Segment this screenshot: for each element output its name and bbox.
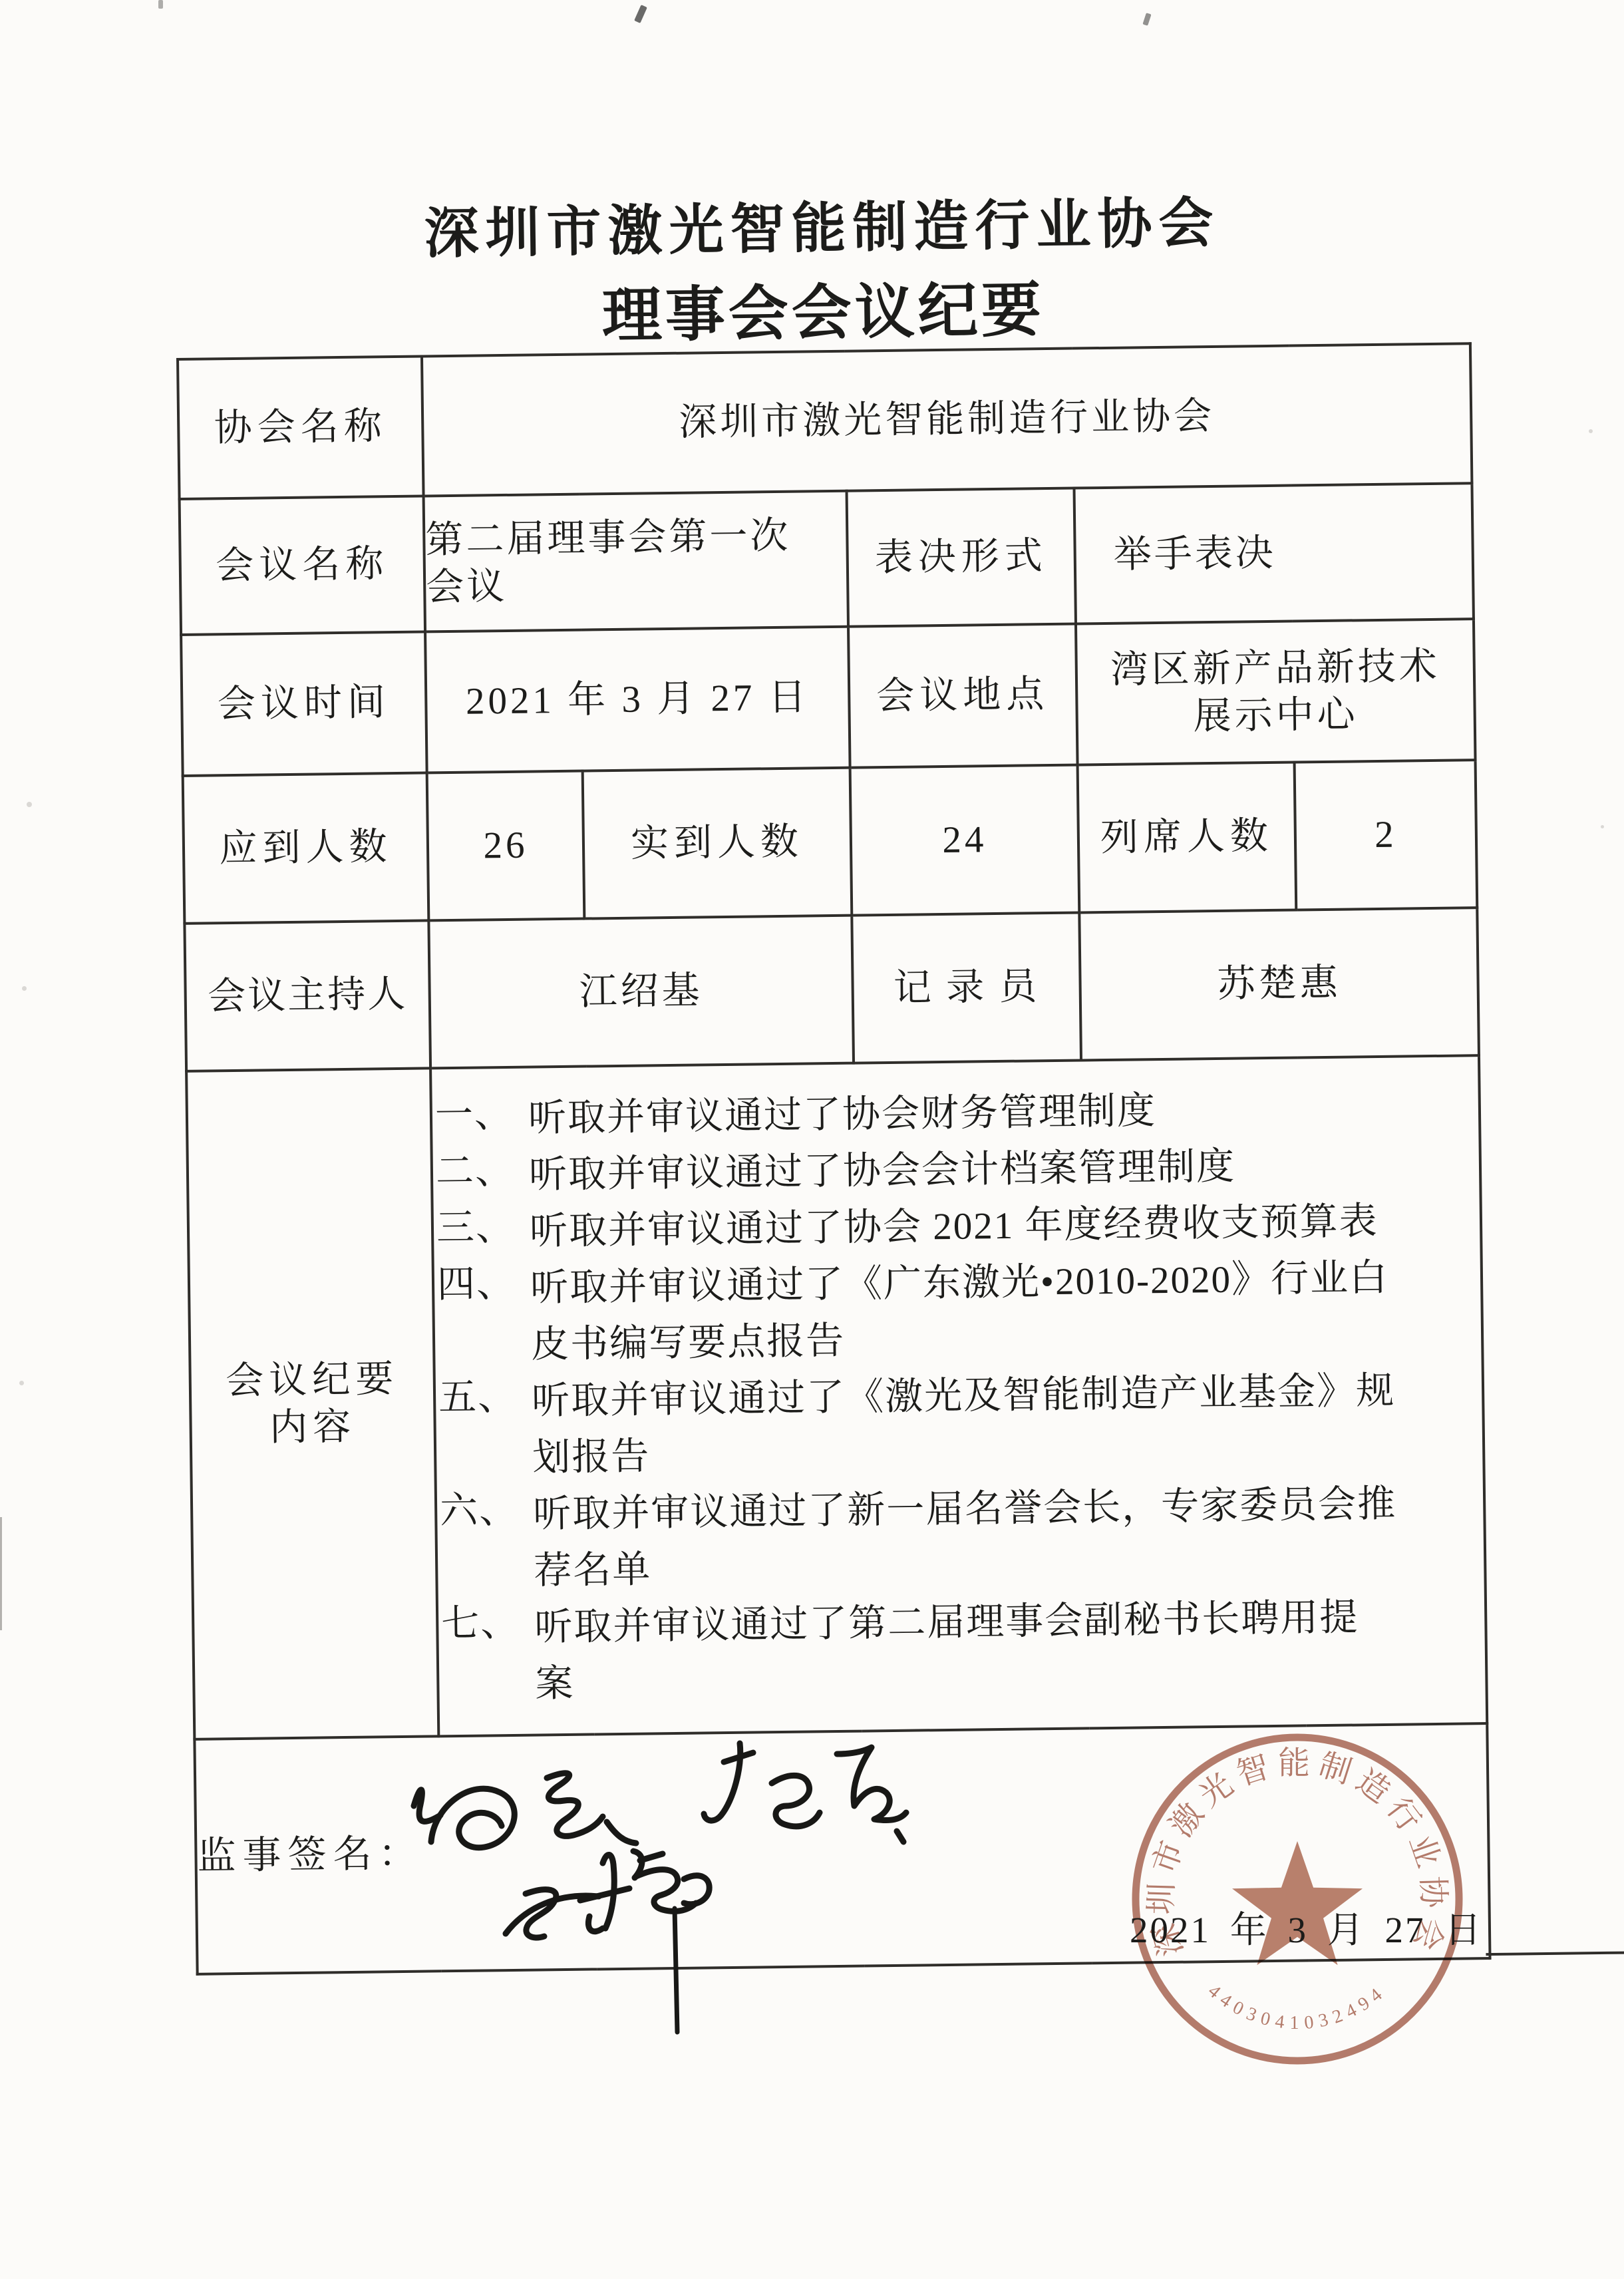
item-number: 二、 <box>436 1146 515 1195</box>
item-number: 四、 <box>437 1260 516 1308</box>
item-number: 三、 <box>436 1203 516 1252</box>
signature-2 <box>704 1743 906 1842</box>
association-name-label: 协会名称 <box>178 356 424 498</box>
meeting-name-label: 会议名称 <box>180 496 425 634</box>
expected-attendees-value: 26 <box>427 771 585 921</box>
scan-dot <box>19 1381 24 1385</box>
scan-dot <box>1601 825 1604 828</box>
observer-attendees-value: 2 <box>1295 760 1478 910</box>
actual-attendees-value: 24 <box>850 765 1080 915</box>
stamp-date-text: 2021 年 3 月 27 日 <box>1130 1900 1476 1953</box>
table-bottom-border-extension <box>1486 1951 1624 1956</box>
meeting-name-line1: 第二届理事会第一次 <box>425 511 846 564</box>
row-host-recorder: 会议主持人 江绍基 记 录 员 苏楚惠 <box>184 908 1479 1071</box>
expected-attendees-label: 应到人数 <box>183 773 429 923</box>
seal-serial-number: 4403041032494 <box>1204 1981 1391 2033</box>
scan-speck <box>158 0 163 9</box>
handwritten-signatures <box>373 1717 931 2063</box>
actual-attendees-label: 实到人数 <box>583 768 852 919</box>
minutes-item-5: 五、 听取并审议通过了《激光及智能制造产业基金》规 划报告 <box>436 1361 1483 1487</box>
meeting-place-label: 会议地点 <box>848 624 1078 768</box>
signature-1 <box>414 1773 642 1878</box>
voting-form-label: 表决形式 <box>847 488 1076 627</box>
association-name-value: 深圳市激光智能制造行业协会 <box>422 343 1472 496</box>
meeting-host-label: 会议主持人 <box>184 920 430 1071</box>
meeting-place-value: 湾区新产品新技术 展示中心 <box>1076 619 1476 765</box>
minutes-item-7: 七、 听取并审议通过了第二届理事会副秘书长聘用提 案 <box>438 1588 1486 1713</box>
voting-form-value: 举手表决 <box>1074 483 1473 623</box>
meeting-place-line1: 湾区新产品新技术 <box>1077 642 1473 695</box>
scan-speck <box>1142 13 1151 26</box>
minutes-label-line1: 会议纪要 <box>191 1355 433 1405</box>
svg-text:4403041032494: 4403041032494 <box>1204 1981 1391 2033</box>
signature-3 <box>506 1854 709 2032</box>
minutes-content-label: 会议纪要 内容 <box>186 1068 438 1739</box>
page-title-association: 深圳市激光智能制造行业协会 <box>162 188 1482 270</box>
observer-attendees-label: 列席人数 <box>1078 763 1297 913</box>
minutes-item-4: 四、 听取并审议通过了《广东激光•2010-2020》行业白 皮书编写要点报告 <box>434 1248 1482 1374</box>
scan-dot <box>27 802 32 807</box>
minutes-item-6: 六、 听取并审议通过了新一届名誉会长，专家委员会推 荐名单 <box>437 1475 1484 1600</box>
item-text: 听取并审议通过了第二届理事会副秘书长聘用提 <box>534 1588 1485 1656</box>
item-text: 听取并审议通过了《激光及智能制造产业基金》规 <box>532 1361 1482 1429</box>
meeting-time-label: 会议时间 <box>181 631 427 775</box>
recorder-label: 记 录 员 <box>852 912 1081 1063</box>
meeting-time-value: 2021 年 3 月 27 日 <box>425 627 850 773</box>
item-text: 听取并审议通过了新一届名誉会长，专家委员会推 <box>533 1475 1484 1542</box>
item-text: 案 <box>535 1644 1486 1712</box>
meeting-name-line2: 会议 <box>426 559 847 612</box>
meeting-place-line2: 展示中心 <box>1078 689 1474 742</box>
scan-speck <box>634 5 647 23</box>
document-title-block: 深圳市激光智能制造行业协会 理事会会议纪要 <box>162 188 1484 358</box>
minutes-label-line2: 内容 <box>192 1402 434 1453</box>
meeting-name-value: 第二届理事会第一次 会议 <box>424 491 848 632</box>
scan-dot <box>22 986 27 991</box>
association-red-seal: 深圳市激光智能制造行业协会 4403041032494 <box>1118 1719 1477 2079</box>
item-number: 七、 <box>441 1599 520 1648</box>
item-text: 听取并审议通过了《广东激光•2010-2020》行业白 <box>530 1248 1481 1316</box>
item-number: 一、 <box>434 1090 514 1139</box>
row-meeting-time: 会议时间 2021 年 3 月 27 日 会议地点 湾区新产品新技术 展示中心 <box>181 619 1475 776</box>
minutes-content-list: 一、 听取并审议通过了协会财务管理制度 二、 听取并审议通过了协会会计档案管理制… <box>430 1055 1487 1736</box>
row-attendance: 应到人数 26 实到人数 24 列席人数 2 <box>183 760 1478 924</box>
recorder-value: 苏楚惠 <box>1079 908 1479 1060</box>
row-minutes-content: 会议纪要 内容 一、 听取并审议通过了协会财务管理制度 二、 听取并审议通过了协… <box>186 1055 1487 1739</box>
row-association: 协会名称 深圳市激光智能制造行业协会 <box>178 343 1472 499</box>
item-number: 五、 <box>438 1373 518 1421</box>
row-meeting-name: 会议名称 第二届理事会第一次 会议 表决形式 举手表决 <box>180 483 1474 635</box>
scan-edge-artifact <box>0 1517 2 1630</box>
scan-dot <box>1589 429 1593 433</box>
meeting-host-value: 江绍基 <box>428 916 854 1069</box>
item-number: 六、 <box>440 1486 519 1534</box>
scanned-meeting-minutes-page: 深圳市激光智能制造行业协会 理事会会议纪要 协会名称 深圳市激光智能制造行业协会… <box>0 0 1624 2279</box>
